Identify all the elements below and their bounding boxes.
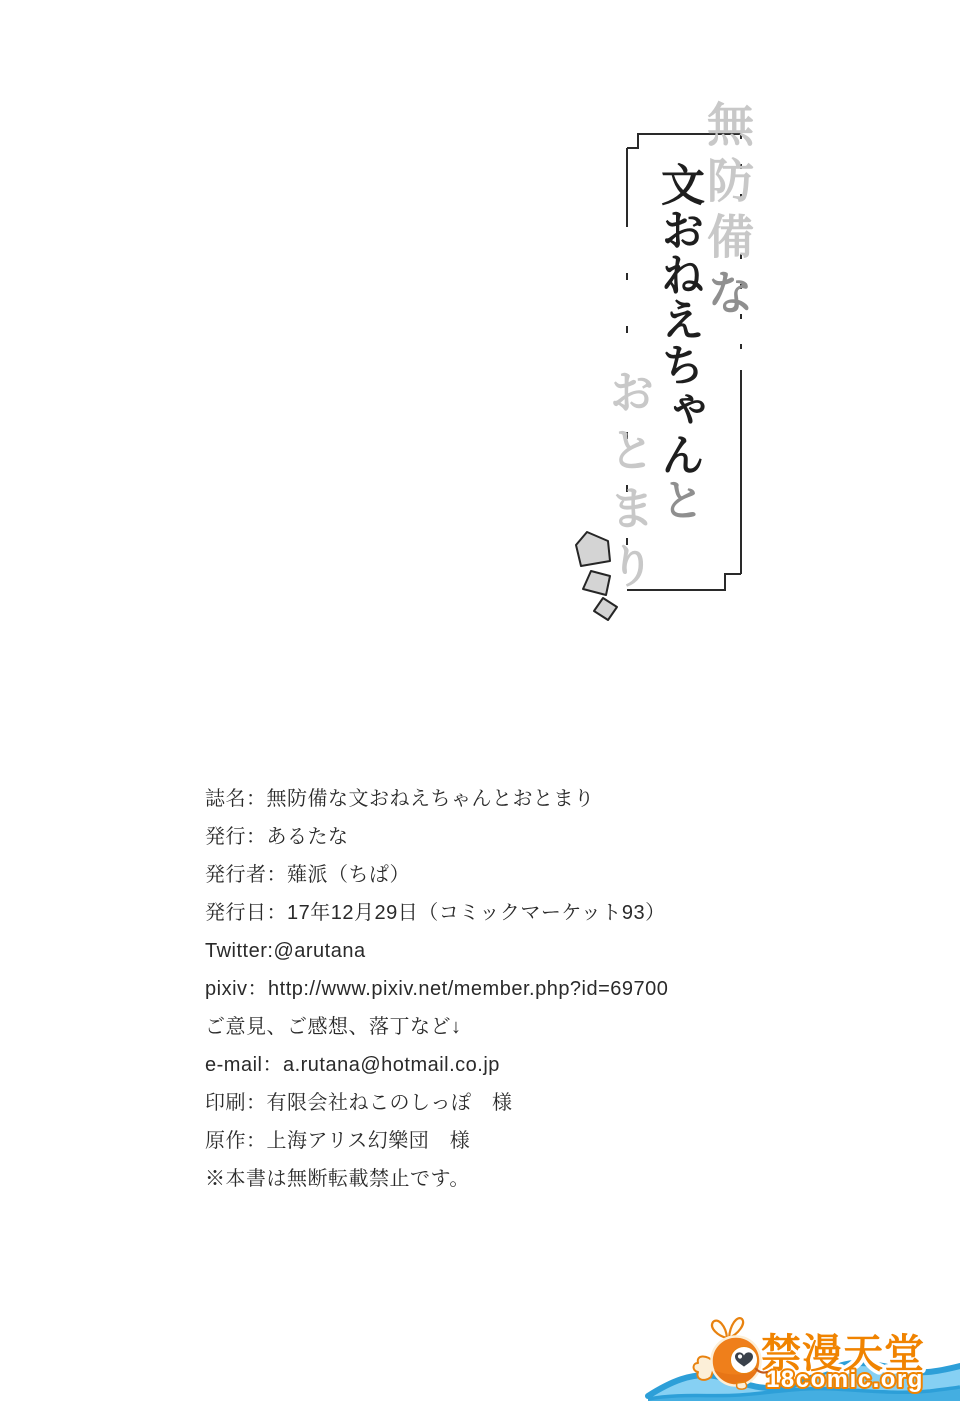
watermark-18comic: 禁漫天堂 18comic.org	[0, 0, 960, 1401]
doujin-colophon-page: 無防備な 文おねえちゃんと おとまり 誌名：無防備な文おねえちゃんとおとまり 発…	[0, 0, 960, 1401]
fish-mascot-icon	[694, 1318, 768, 1389]
watermark-url-text: 18comic.org	[766, 1366, 924, 1393]
